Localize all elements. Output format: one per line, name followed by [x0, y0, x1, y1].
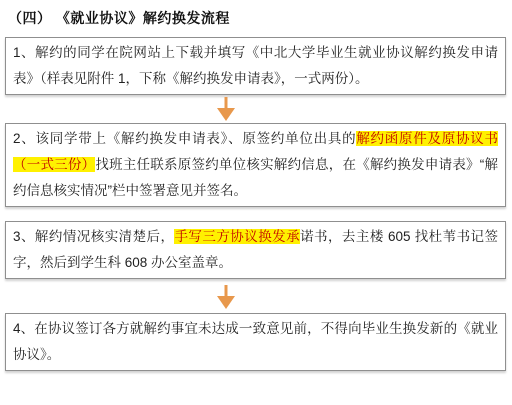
step-box-1: 1、解约的同学在院网站上下载并填写《中北大学毕业生就业协议解约换发申请表》（样表… [5, 37, 506, 95]
document-page: （四） 《就业协议》解约换发流程 1、解约的同学在院网站上下载并填写《中北大学毕… [0, 0, 512, 405]
step-2-prefix: 2、该同学带上《解约换发申请表》、原签约单位出具的 [13, 131, 356, 146]
step-box-2: 2、该同学带上《解约换发申请表》、原签约单位出具的解约函原件及原协议书（一式三份… [5, 123, 506, 207]
step-4-prefix: 4、在协议签订各方就解约事宜未达成一致意见前，不得向毕业生换发新的《就业协议》。 [13, 321, 498, 362]
step-2-text: 2、该同学带上《解约换发申请表》、原签约单位出具的解约函原件及原协议书（一式三份… [13, 126, 498, 204]
down-arrow-icon [213, 97, 239, 121]
page-title: （四） 《就业协议》解约换发流程 [8, 8, 512, 28]
step-box-4: 4、在协议签订各方就解约事宜未达成一致意见前，不得向毕业生换发新的《就业协议》。 [5, 313, 506, 371]
step-3-text: 3、解约情况核实清楚后，手写三方协议换发承诺书，去主楼 605 找杜苇书记签字，… [13, 224, 498, 276]
step-3-highlight: 手写三方协议换发承 [174, 229, 300, 244]
step-3-prefix: 3、解约情况核实清楚后， [13, 229, 174, 244]
step-box-3: 3、解约情况核实清楚后，手写三方协议换发承诺书，去主楼 605 找杜苇书记签字，… [5, 221, 506, 279]
step-1-prefix: 1、解约的同学在院网站上下载并填写《中北大学毕业生就业协议解约换发申请表》（样表… [13, 45, 498, 86]
step-gap [0, 207, 512, 221]
step-1-text: 1、解约的同学在院网站上下载并填写《中北大学毕业生就业协议解约换发申请表》（样表… [13, 40, 498, 92]
step-4-text: 4、在协议签订各方就解约事宜未达成一致意见前，不得向毕业生换发新的《就业协议》。 [13, 316, 498, 368]
down-arrow-icon [213, 285, 239, 309]
